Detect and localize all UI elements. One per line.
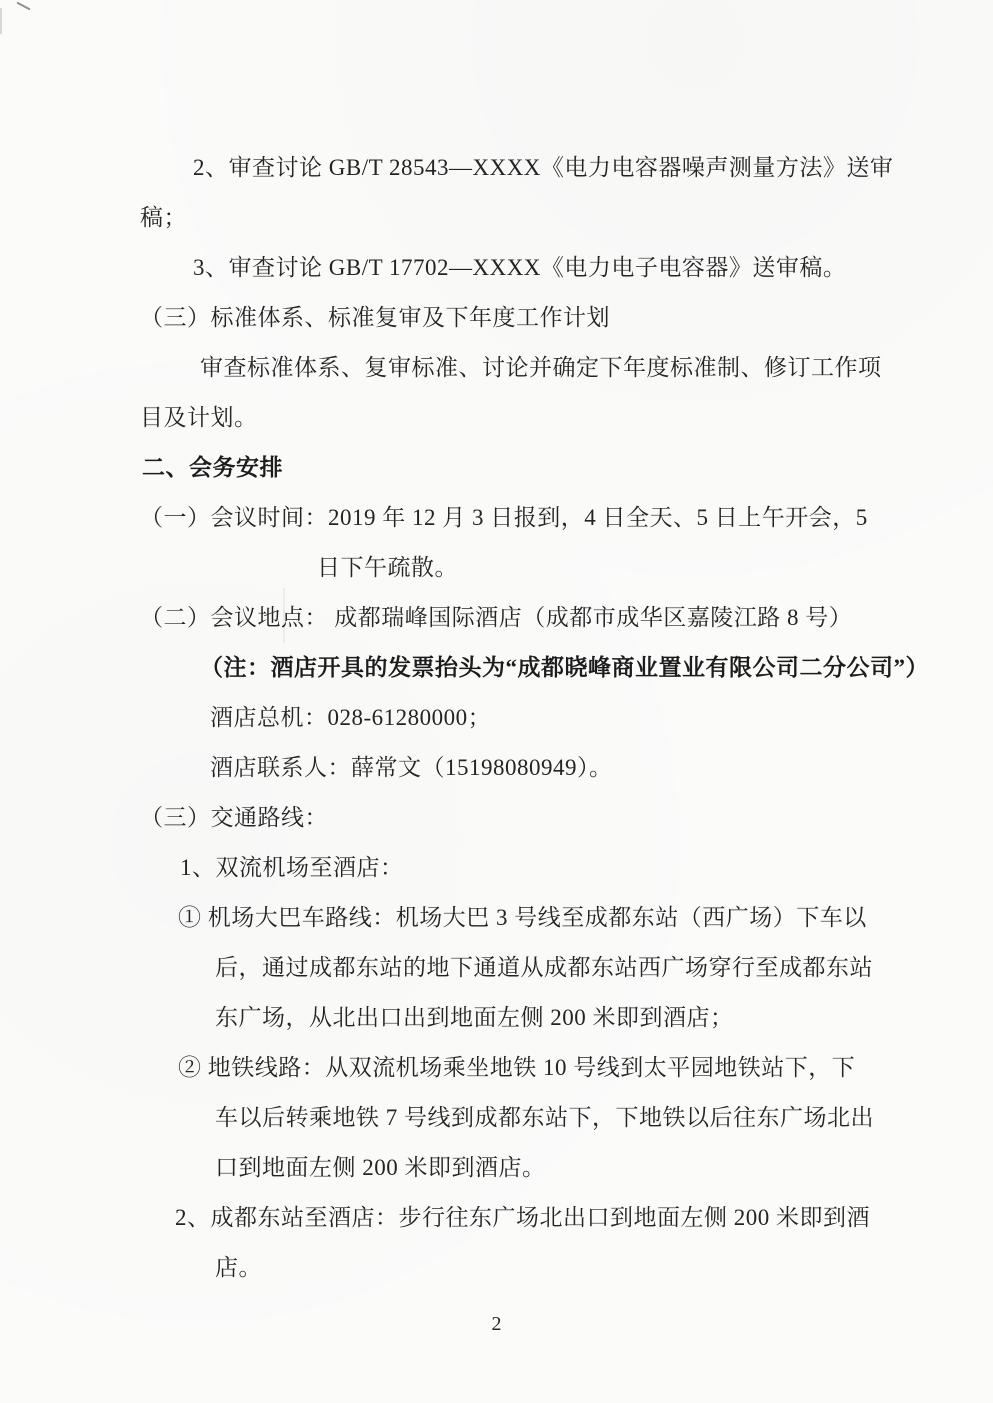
text-line: （注：酒店开具的发票抬头为“成都晓峰商业置业有限公司二分公司”） xyxy=(200,640,920,690)
text-line: ① 机场大巴车路线：机场大巴 3 号线至成都东站（西广场）下车以 xyxy=(178,890,920,940)
text-line: （二）会议地点： 成都瑞峰国际酒店（成都市成华区嘉陵江路 8 号） xyxy=(140,590,920,640)
scan-scratch-artifact xyxy=(16,2,30,11)
scan-edge-artifact xyxy=(0,8,2,34)
text-line: 2、成都东站至酒店：步行往东广场北出口到地面左侧 200 米即到酒 xyxy=(175,1190,920,1240)
text-line: 酒店联系人：薛常文（15198080949）。 xyxy=(210,740,920,790)
text-line: 车以后转乘地铁 7 号线到成都东站下，下地铁以后往东广场北出 xyxy=(215,1090,920,1140)
text-line: 稿； xyxy=(140,190,920,240)
text-line: 2、审查讨论 GB/T 28543—XXXX《电力电容器噪声测量方法》送审 xyxy=(193,140,920,190)
text-line: （一）会议时间：2019 年 12 月 3 日报到，4 日全天、5 日上午开会，… xyxy=(140,490,920,540)
text-line: 日下午疏散。 xyxy=(317,540,920,590)
text-line: 店。 xyxy=(215,1240,920,1290)
text-line: 3、审查讨论 GB/T 17702—XXXX《电力电子电容器》送审稿。 xyxy=(193,240,920,290)
text-line: 审查标准体系、复审标准、讨论并确定下年度标准制、修订工作项 xyxy=(200,340,920,390)
text-line: （三）交通路线： xyxy=(140,790,920,840)
text-line: 酒店总机：028-61280000； xyxy=(210,690,920,740)
text-line: 口到地面左侧 200 米即到酒店。 xyxy=(215,1140,920,1190)
text-line: 目及计划。 xyxy=(140,390,920,440)
page-number: 2 xyxy=(0,1313,993,1336)
text-line: 东广场，从北出口出到地面左侧 200 米即到酒店； xyxy=(215,990,920,1040)
text-line: 后，通过成都东站的地下通道从成都东站西广场穿行至成都东站 xyxy=(215,940,920,990)
text-line: ② 地铁线路：从双流机场乘坐地铁 10 号线到太平园地铁站下，下 xyxy=(178,1040,920,1090)
document-content: 2、审查讨论 GB/T 28543—XXXX《电力电容器噪声测量方法》送审稿；3… xyxy=(140,140,920,1290)
text-line: 二、会务安排 xyxy=(142,440,920,490)
text-line: 1、双流机场至酒店： xyxy=(180,840,920,890)
text-line: （三）标准体系、标准复审及下年度工作计划 xyxy=(140,290,920,340)
document-page: 2、审查讨论 GB/T 28543—XXXX《电力电容器噪声测量方法》送审稿；3… xyxy=(0,0,993,1403)
